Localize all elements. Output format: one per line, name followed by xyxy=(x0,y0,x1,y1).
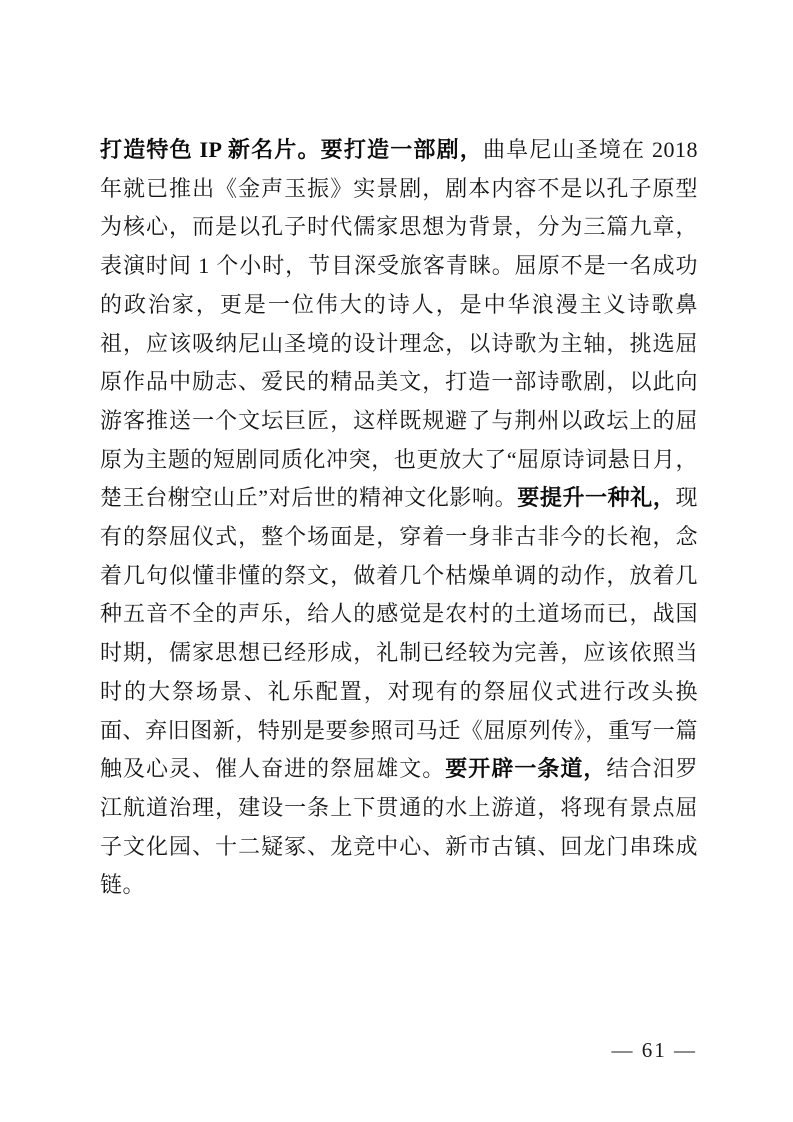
document-page: 打造特色 IP 新名片。要打造一部剧，曲阜尼山圣境在 2018 年就已推出《金声… xyxy=(0,0,793,1122)
run-in-heading-upgrade-rite: 要提升一种礼， xyxy=(517,485,675,510)
page-number: — 61 — xyxy=(612,1036,698,1064)
body-paragraph: 打造特色 IP 新名片。要打造一部剧，曲阜尼山圣境在 2018 年就已推出《金声… xyxy=(100,131,698,905)
paragraph-text-1: 曲阜尼山圣境在 2018 年就已推出《金声玉振》实景剧，剧本内容不是以孔子原型为… xyxy=(100,137,698,510)
paragraph-text-2: 现有的祭屈仪式，整个场面是，穿着一身非古非今的长袍，念着几句似懂非懂的祭文，做着… xyxy=(100,485,698,781)
run-in-heading-open-waterway: 要开辟一条道， xyxy=(445,756,606,781)
run-in-heading-new-ip-card: 打造特色 IP 新名片。要打造一部剧， xyxy=(100,137,483,162)
